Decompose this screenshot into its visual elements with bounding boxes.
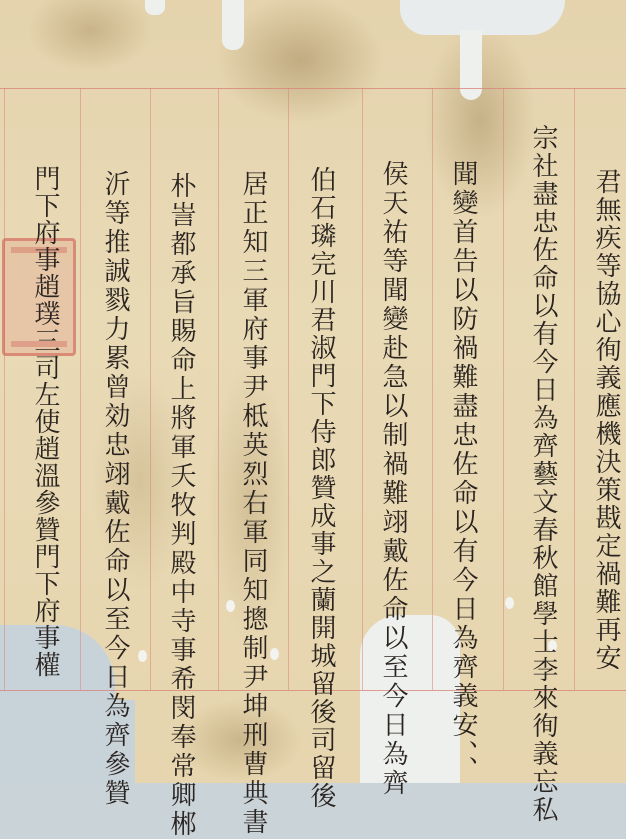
text-column-8: 沂等推誠戮力累曾効忠翊戴佐命以至今日為齊參贊 bbox=[100, 170, 130, 783]
text-column-6: 居正知三軍府事尹柢英烈右軍同知摠制尹坤刑曹典書 bbox=[238, 170, 268, 783]
column-ruling bbox=[288, 88, 289, 690]
manuscript-sheet: 君無疾等協心徇義應機決策戡定禍難再安 宗社盡忠佐命以有今日為齊藝文春秋館學士李來… bbox=[0, 0, 626, 783]
top-ruling-line bbox=[0, 88, 626, 89]
paper-loss bbox=[222, 0, 244, 50]
column-ruling bbox=[4, 88, 5, 690]
text-column-4: 侯天祐等聞變赴急以制禍難翊戴佐命以至今日為齊 bbox=[378, 160, 408, 783]
column-ruling bbox=[218, 88, 219, 690]
paper-loss bbox=[360, 615, 460, 783]
text-column-3: 聞變首告以防禍難盡忠佐命以有今日為齊義安、、 bbox=[448, 160, 478, 783]
text-column-2: 宗社盡忠佐命以有今日為齊藝文春秋館學士李來徇義忘私 bbox=[528, 124, 558, 783]
column-ruling bbox=[150, 88, 151, 690]
worm-hole bbox=[505, 597, 514, 609]
column-ruling bbox=[574, 88, 575, 690]
column-ruling bbox=[503, 88, 504, 690]
worm-hole bbox=[138, 650, 147, 662]
paper-loss bbox=[460, 30, 482, 100]
worm-hole bbox=[270, 648, 279, 660]
text-column-1: 君無疾等協心徇義應機決策戡定禍難再安 bbox=[592, 168, 620, 672]
paper-loss bbox=[400, 0, 565, 35]
column-ruling bbox=[80, 88, 81, 690]
text-column-5: 伯石璘完川君淑門下侍郎贊成事之蘭開城留後司留後 bbox=[306, 166, 336, 783]
worm-hole bbox=[226, 600, 235, 612]
text-column-7: 朴訔都承旨賜命上將軍夭牧判殿中寺事希閔奉常卿郴 bbox=[166, 172, 196, 783]
text-column-9: 門下府事趙璞三司左使趙溫參贊門下府事權 bbox=[30, 165, 60, 678]
column-ruling bbox=[432, 88, 433, 690]
column-ruling bbox=[362, 88, 363, 690]
paper-loss bbox=[145, 0, 165, 15]
